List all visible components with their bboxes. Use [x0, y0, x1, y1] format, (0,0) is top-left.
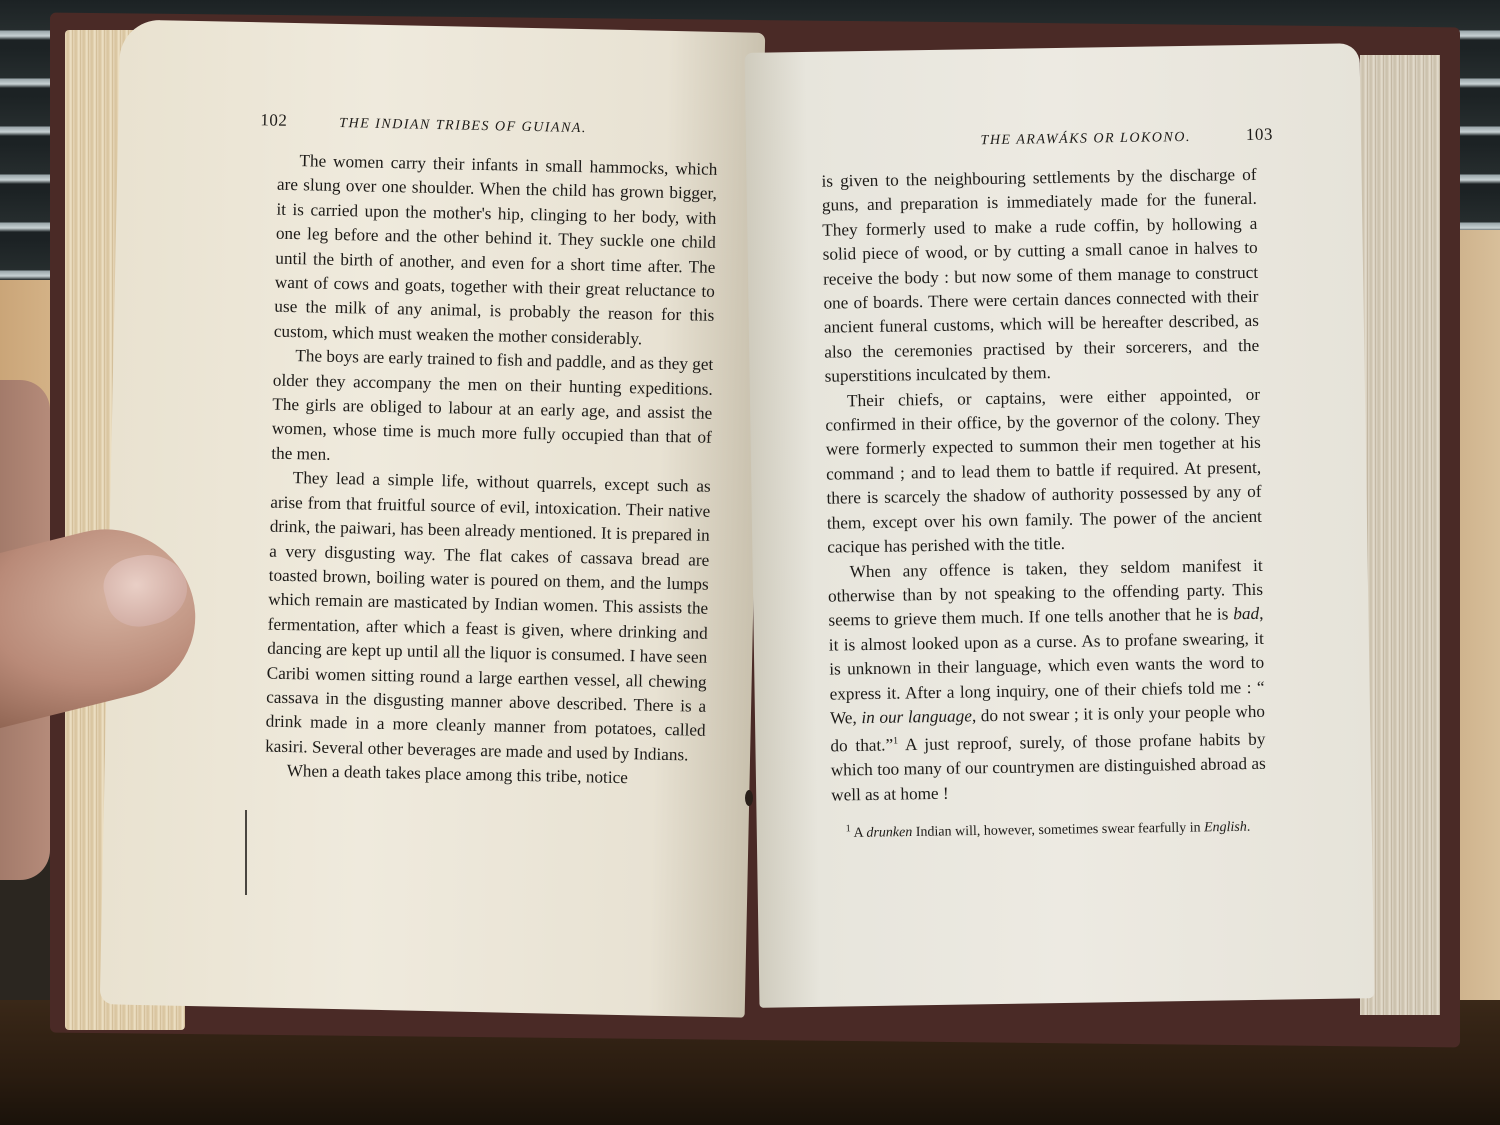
left-running-head: 102 THE INDIAN TRIBES OF GUIANA. — [260, 110, 723, 140]
left-page: 102 THE INDIAN TRIBES OF GUIANA. The wom… — [100, 19, 765, 1017]
text-run: . — [1247, 820, 1251, 835]
gutter-stain — [745, 790, 753, 806]
right-paragraph-2: Their chiefs, or captains, were either a… — [825, 382, 1263, 560]
right-paragraph-1: is given to the neighbouring settlements… — [821, 163, 1259, 389]
right-page: THE ARAWÁKS OR LOKONO. 103 is given to t… — [745, 43, 1375, 1008]
footnote: 1 A drunken Indian will, however, someti… — [832, 813, 1272, 844]
left-paragraph-2: The boys are early trained to fish and p… — [271, 344, 713, 475]
italic-text: bad — [1233, 604, 1259, 623]
right-running-head: THE ARAWÁKS OR LOKONO. 103 — [821, 125, 1273, 152]
text-run: When any offence is taken, they seldom m… — [828, 555, 1263, 630]
right-page-number: 103 — [1246, 125, 1273, 145]
left-paragraph-3: They lead a simple life, without quarrel… — [265, 466, 711, 768]
left-paragraph-1: The women carry their infants in small h… — [274, 149, 718, 353]
italic-text: in our language — [861, 706, 972, 727]
italic-text: drunken — [866, 825, 912, 841]
left-running-title: THE INDIAN TRIBES OF GUIANA. — [339, 116, 587, 137]
text-run: A — [851, 826, 867, 841]
text-run: Indian will, however, sometimes swear fe… — [912, 821, 1204, 841]
margin-pencil-mark — [245, 810, 247, 895]
right-paragraph-3: When any offence is taken, they seldom m… — [828, 553, 1267, 808]
italic-text: English — [1204, 820, 1247, 836]
right-running-title: THE ARAWÁKS OR LOKONO. — [980, 130, 1191, 149]
left-page-number: 102 — [260, 110, 287, 131]
